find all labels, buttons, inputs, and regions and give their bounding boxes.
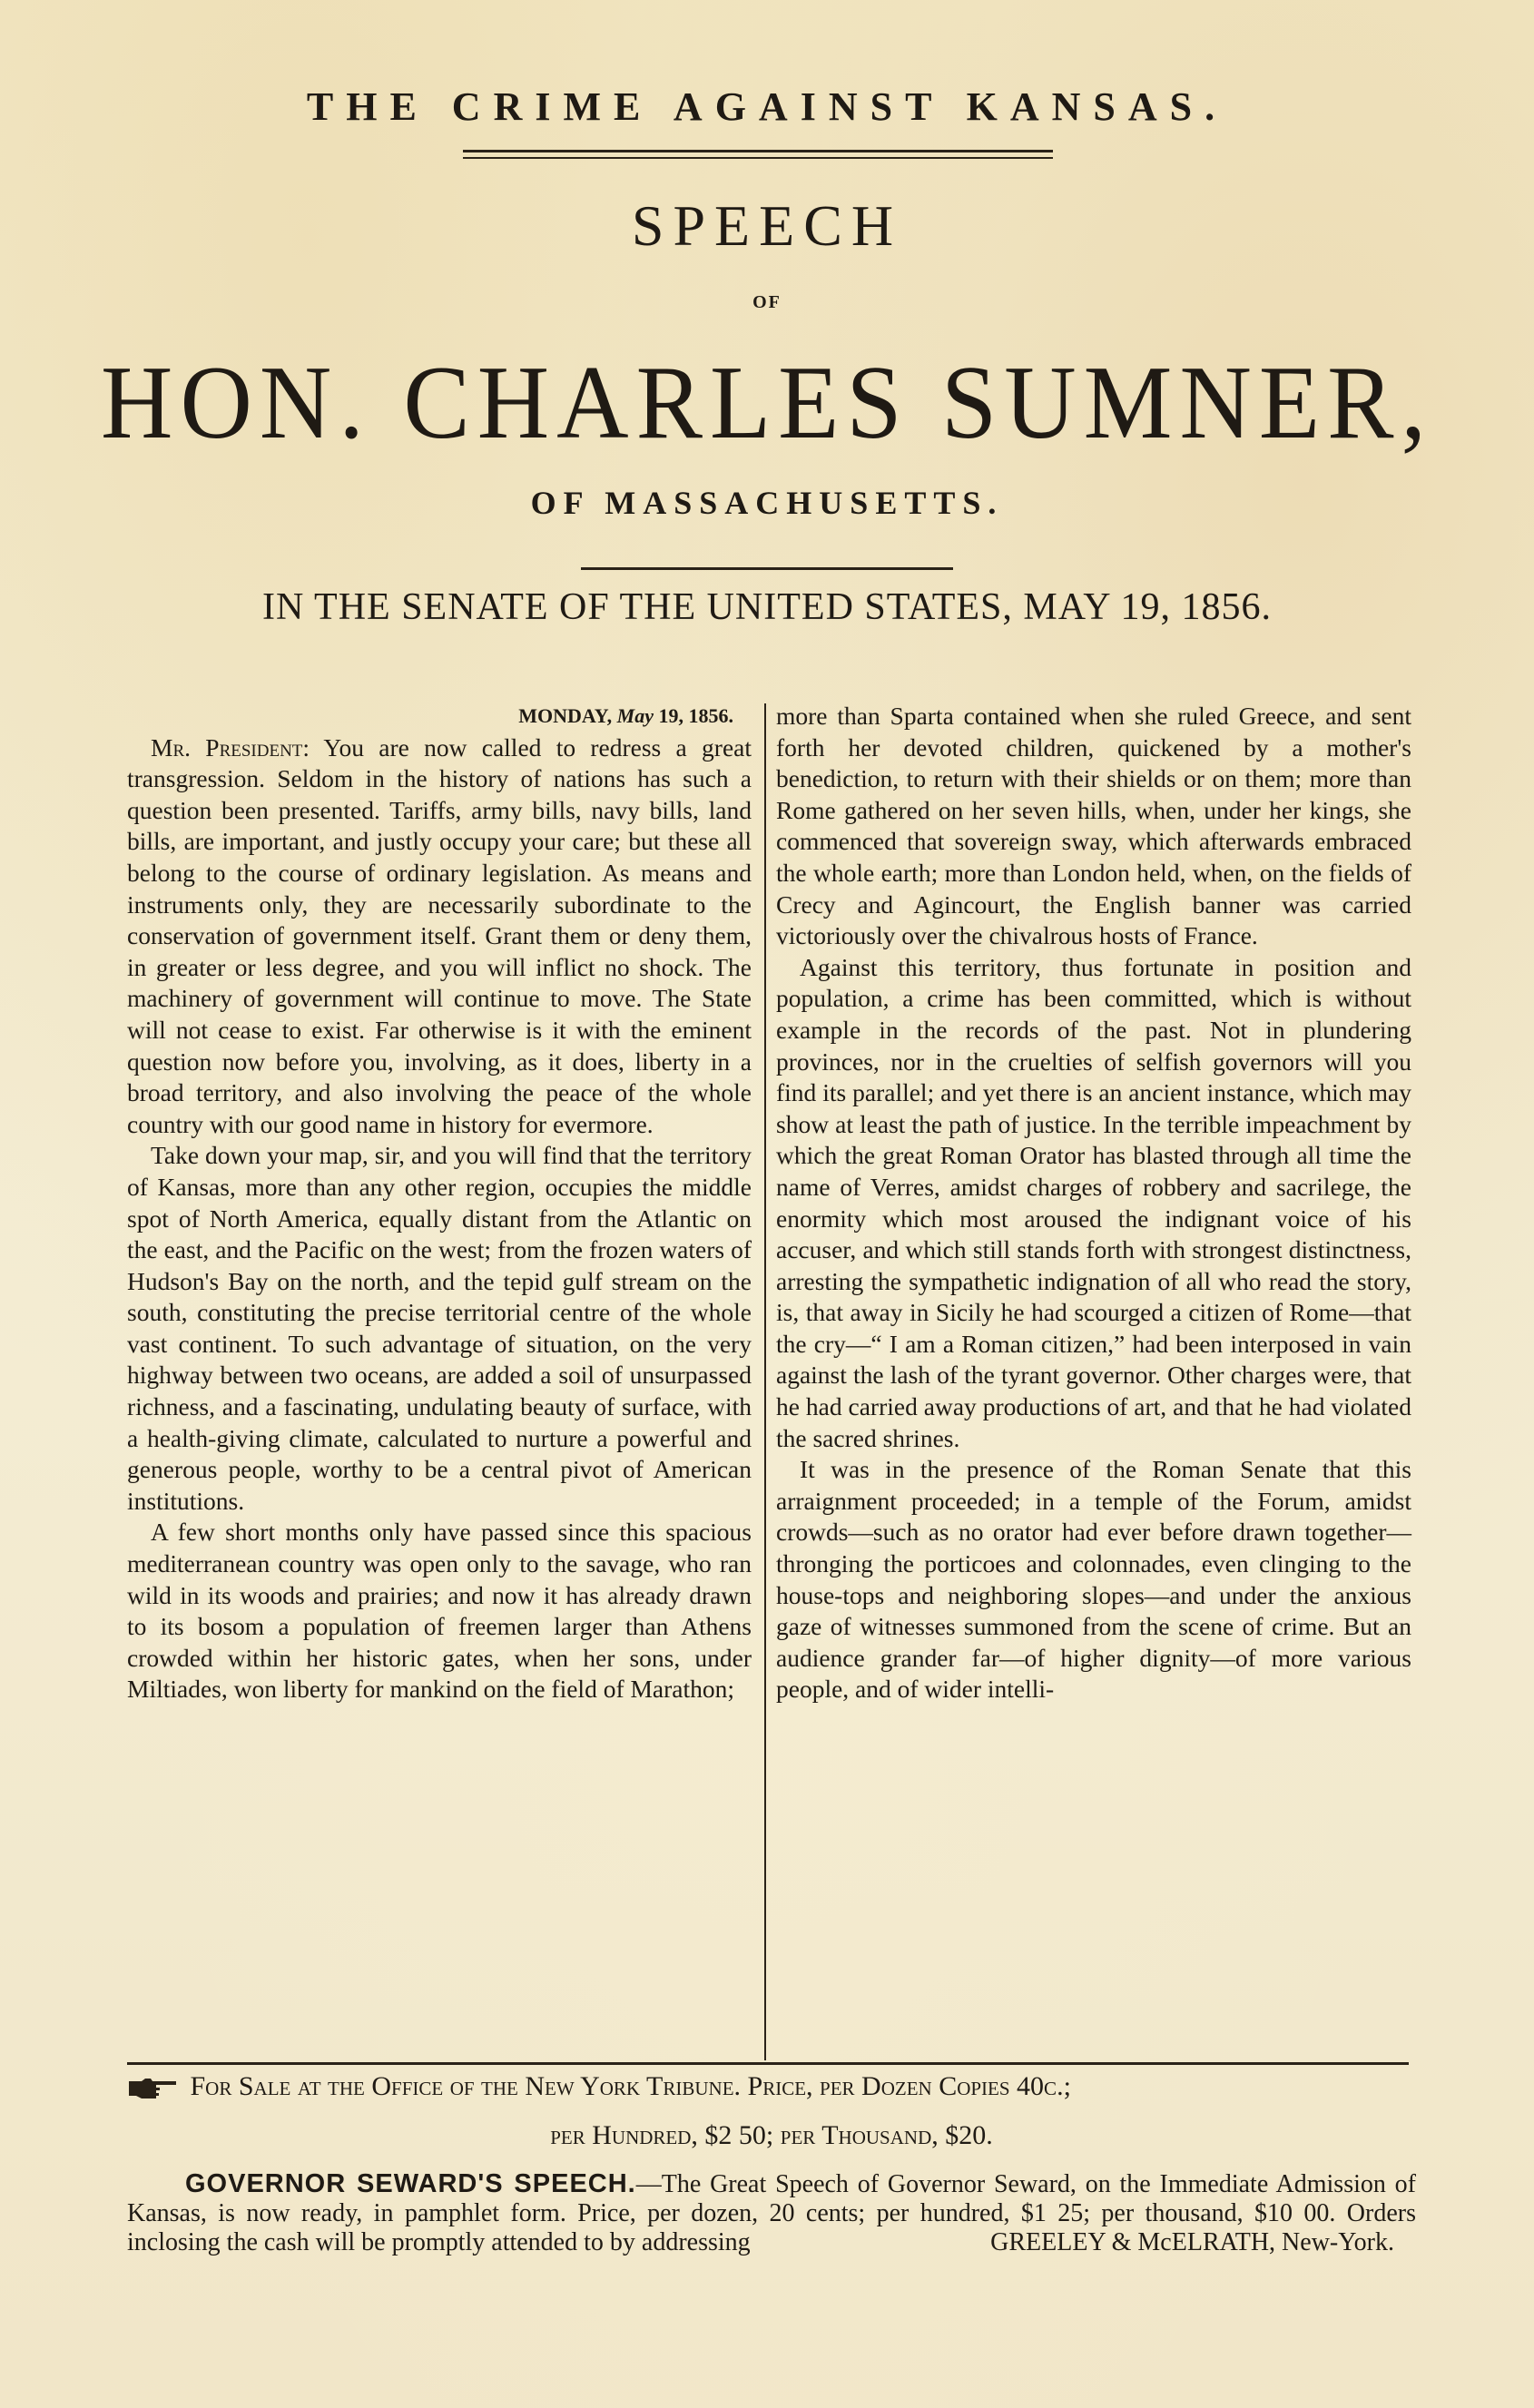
- paragraph: more than Sparta contained when she rule…: [776, 701, 1411, 952]
- seward-heading: GOVERNOR SEWARD'S SPEECH.: [185, 2169, 636, 2198]
- speaker-name: HON. CHARLES SUMNER,: [0, 342, 1534, 463]
- paragraph-text: You are now called to redress a great tr…: [127, 733, 752, 1138]
- column-divider: [764, 703, 766, 2060]
- dateline-month: May: [617, 704, 654, 727]
- rule-divider: [581, 567, 953, 570]
- left-column: MONDAY, May 19, 1856. Mr. President: You…: [127, 701, 752, 1705]
- dateline-day: MONDAY,: [518, 704, 612, 727]
- dateline: MONDAY, May 19, 1856.: [127, 701, 733, 732]
- sale-notice: For Sale at the Office of the New York T…: [127, 2071, 1416, 2102]
- price-line: per Hundred, $2 50; per Thousand, $20.: [127, 2120, 1416, 2151]
- pointing-hand-icon: [127, 2076, 178, 2101]
- paragraph: Mr. President: You are now called to red…: [127, 732, 752, 1141]
- speaker-state: OF MASSACHUSETTS.: [0, 484, 1534, 522]
- seward-notice: GOVERNOR SEWARD'S SPEECH.—The Great Spee…: [127, 2169, 1416, 2257]
- document-type-heading: SPEECH: [0, 192, 1534, 260]
- paragraph: It was in the presence of the Roman Sena…: [776, 1454, 1411, 1705]
- paragraph: Take down your map, sir, and you will fi…: [127, 1140, 752, 1517]
- right-column: more than Sparta contained when she rule…: [776, 701, 1411, 1705]
- footer-rule: [127, 2062, 1409, 2065]
- publisher-signature: GREELEY & McELRATH, New-York.: [932, 2228, 1394, 2257]
- sale-line: For Sale at the Office of the New York T…: [191, 2071, 1071, 2101]
- double-rule-divider: [463, 150, 1053, 159]
- salutation: Mr. President:: [151, 733, 310, 762]
- venue-line: IN THE SENATE OF THE UNITED STATES, MAY …: [0, 585, 1534, 629]
- document-page: THE CRIME AGAINST KANSAS. SPEECH OF HON.…: [0, 0, 1534, 2408]
- of-label: OF: [0, 292, 1534, 313]
- series-title: THE CRIME AGAINST KANSAS.: [0, 84, 1534, 130]
- paragraph: A few short months only have passed sinc…: [127, 1517, 752, 1705]
- paragraph: Against this territory, thus fortunate i…: [776, 952, 1411, 1455]
- dateline-date: 19, 1856.: [659, 704, 734, 727]
